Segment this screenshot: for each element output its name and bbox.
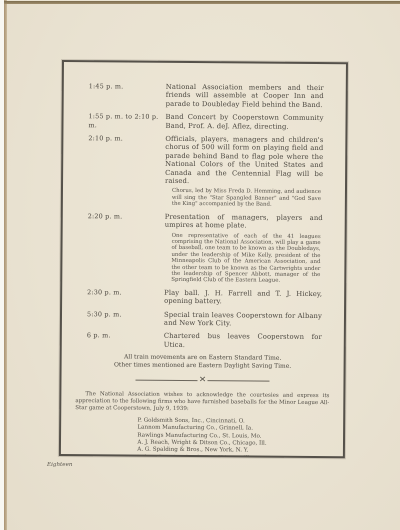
divider-line bbox=[207, 380, 269, 381]
schedule-row: 2:10 p. m. Officials, players, managers … bbox=[88, 134, 324, 208]
schedule-time: 2:20 p. m. bbox=[87, 212, 165, 284]
schedule-row: 1:55 p. m. to 2:10 p. m. Band Concert by… bbox=[88, 112, 323, 131]
schedule-description: Officials, players, managers and childre… bbox=[165, 135, 323, 187]
schedule-entry: Presentation of managers, players and um… bbox=[164, 212, 323, 284]
train-time-notes: All train movements are on Eastern Stand… bbox=[74, 353, 332, 371]
train-note-line: Other times mentioned are Eastern Daylig… bbox=[74, 361, 332, 371]
x-ornament-icon: ✕ bbox=[199, 376, 207, 384]
schedule-time: 2:30 p. m. bbox=[87, 288, 164, 305]
acknowledgment-intro: The National Association wishes to ackno… bbox=[75, 391, 329, 414]
schedule-entry: Chartered bus leaves Cooperstown for Uti… bbox=[164, 332, 322, 350]
schedule-entry: Band Concert by Cooperstown Community Ba… bbox=[165, 113, 323, 131]
schedule-time: 6 p. m. bbox=[87, 332, 164, 349]
schedule-row: 2:30 p. m. Play ball. J. H. Farrell and … bbox=[87, 288, 322, 307]
schedule-entry: Officials, players, managers and childre… bbox=[165, 135, 324, 209]
schedule-entry: National Association members and their f… bbox=[166, 83, 324, 109]
schedule-entry: Play ball. J. H. Farrell and T. J. Hicke… bbox=[164, 289, 322, 307]
firms-list: P. Goldsmith Sons, Inc., Cincinnati, O.L… bbox=[137, 417, 267, 458]
schedule-list: 1:45 p. m. National Association members … bbox=[87, 82, 324, 350]
schedule-time: 2:10 p. m. bbox=[88, 134, 166, 207]
schedule-description: Chartered bus leaves Cooperstown for Uti… bbox=[164, 332, 322, 350]
divider-line bbox=[136, 379, 198, 380]
schedule-time: 1:55 p. m. to 2:10 p. m. bbox=[88, 112, 165, 129]
schedule-row: 2:20 p. m. Presentation of managers, pla… bbox=[87, 212, 323, 285]
schedule-description: Play ball. J. H. Farrell and T. J. Hicke… bbox=[164, 289, 322, 307]
schedule-row: 5:30 p. m. Special train leaves Cooperst… bbox=[87, 310, 322, 329]
schedule-entry: Special train leaves Cooperstown for Alb… bbox=[164, 310, 322, 328]
schedule-description: Presentation of managers, players and um… bbox=[165, 212, 323, 230]
schedule-time: 1:45 p. m. bbox=[89, 82, 166, 108]
page-number: Eighteen bbox=[47, 462, 73, 468]
schedule-time: 5:30 p. m. bbox=[87, 310, 164, 327]
schedule-description: Band Concert by Cooperstown Community Ba… bbox=[165, 113, 323, 131]
schedule-row: 6 p. m. Chartered bus leaves Cooperstown… bbox=[87, 332, 322, 351]
section-divider: ✕ bbox=[73, 375, 331, 386]
schedule-row: 1:45 p. m. National Association members … bbox=[89, 82, 324, 109]
schedule-description: National Association members and their f… bbox=[166, 83, 324, 109]
schedule-description: Special train leaves Cooperstown for Alb… bbox=[164, 310, 322, 328]
schedule-fine-print-note: Chorus, led by Miss Freda D. Hemming, an… bbox=[172, 188, 321, 208]
firms-section: P. Goldsmith Sons, Inc., Cincinnati, O.L… bbox=[73, 417, 331, 458]
schedule-fine-print-note: One representative of each of the 41 lea… bbox=[171, 232, 320, 284]
program-border-frame: 1:45 p. m. National Association members … bbox=[59, 60, 348, 458]
